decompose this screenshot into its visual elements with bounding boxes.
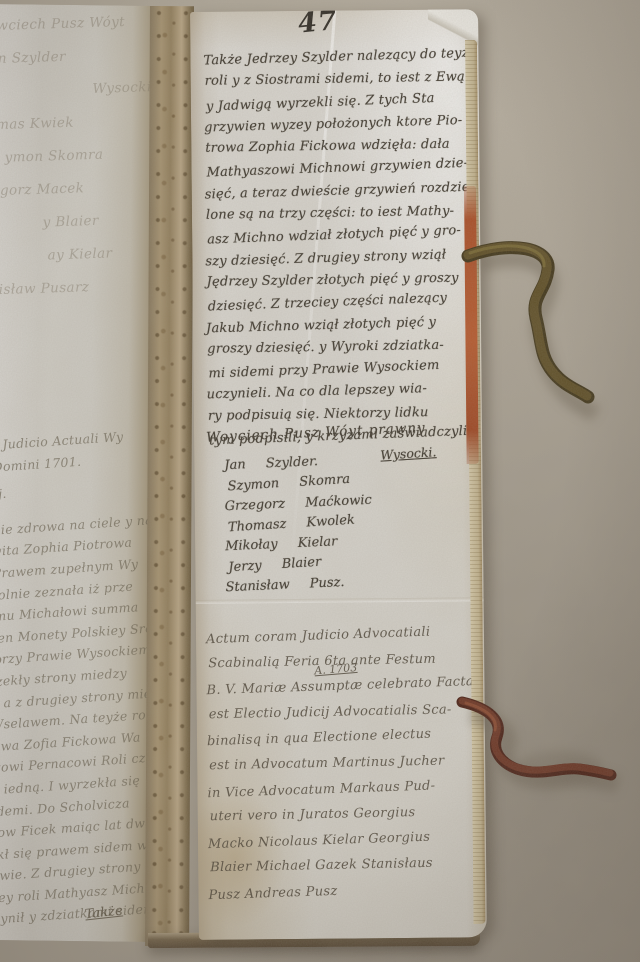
left-page-line: 9 Juij. [0,472,160,507]
left-page-line: omas Kwiek [0,103,160,143]
record-1703-latin: Actum coram Judicio Advocatiali Scabinal… [206,621,481,905]
manuscript-photo: wciech Pusz Wóyt an Szylder Wysocki omas… [0,0,640,962]
attestation-surname: Wysocki. [380,444,437,462]
left-page-line: ay Kielar [47,235,160,273]
book-gutter [145,6,194,946]
left-page-line: egorz Macek [0,169,160,209]
paper-crease [196,597,484,604]
left-page-line: wciech Pusz Wóyt [0,4,160,43]
left-page-line: an Szylder [0,37,160,76]
left-page-line: y Blaier [42,202,160,240]
left-page-line: isław Pusarz [0,268,160,307]
witness-list: Jan Szylder. Szymon Skomra Grzegorz Maćk… [224,452,372,595]
left-page: wciech Pusz Wóyt an Szylder Wysocki omas… [0,4,160,942]
right-page: 47 Także Jedrzey Szylder nalezący do tey… [190,9,487,940]
left-page-body-text: m coram Judicio Actuali Wy i Anno Domini… [0,423,160,932]
record-1701-text: Także Jedrzey Szylder nalezący do teyże … [203,45,475,449]
left-page-faded-text: wciech Pusz Wóyt an Szylder Wysocki omas… [0,4,160,307]
left-page-line: ymon Skomra [4,136,160,175]
folio-number: 47 [297,9,339,39]
